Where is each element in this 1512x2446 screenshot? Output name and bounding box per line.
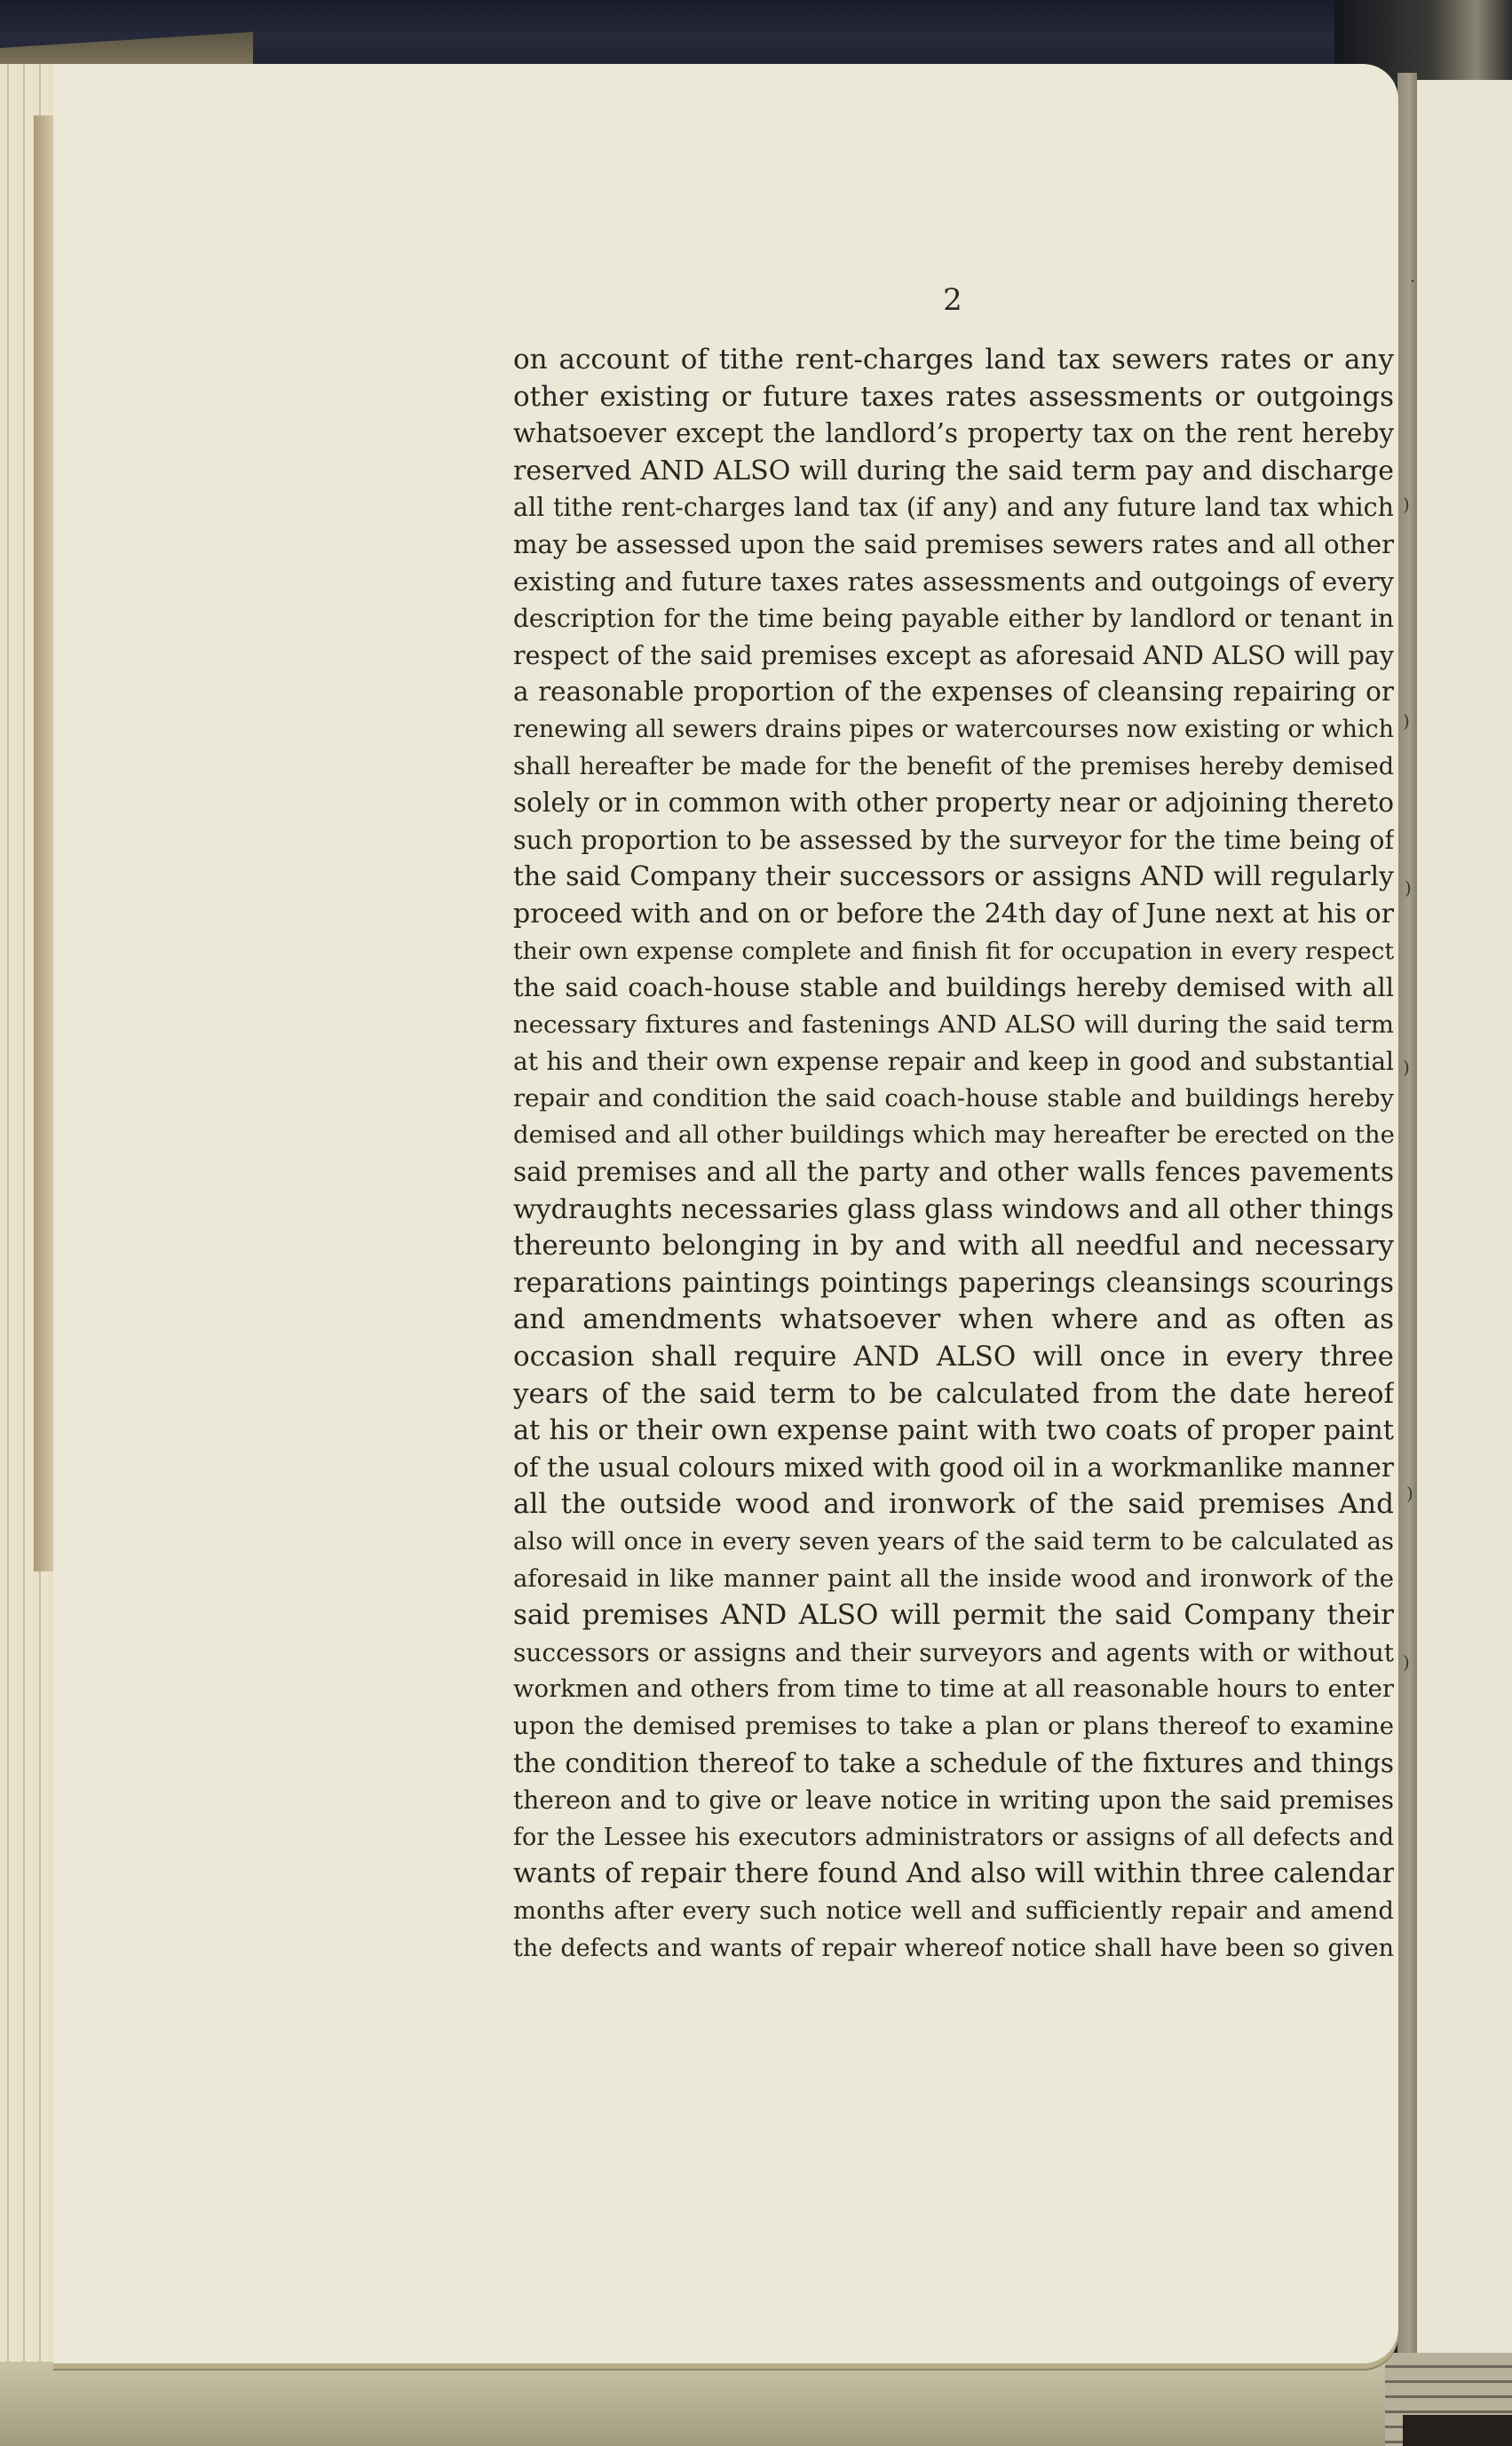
text-line: existing and future taxes rates assessme… <box>513 564 1394 601</box>
text-line: the defects and wants of repair whereof … <box>513 1930 1394 1967</box>
text-line: months after every such notice well and … <box>513 1893 1394 1930</box>
document-body: on account of tithe rent-charges land ta… <box>513 342 1394 1967</box>
text-line: repair and condition the said coach-hous… <box>513 1081 1394 1118</box>
text-line: successors or assigns and their surveyor… <box>513 1635 1394 1672</box>
text-line: wydraughts necessaries glass glass windo… <box>513 1191 1394 1229</box>
text-line: workmen and others from time to time at … <box>513 1671 1394 1708</box>
text-line: such proportion to be assessed by the su… <box>513 822 1394 859</box>
text-line: on account of tithe rent-charges land ta… <box>513 342 1394 379</box>
margin-mark: ) <box>1403 1057 1410 1078</box>
text-line: thereon and to give or leave notice in w… <box>513 1782 1394 1819</box>
text-line: of the usual colours mixed with good oil… <box>513 1450 1394 1487</box>
margin-mark: ) <box>1403 494 1410 515</box>
page-gutter <box>1397 73 1417 2355</box>
margin-mark: ) <box>1403 1651 1410 1673</box>
text-line: all the outside wood and ironwork of the… <box>513 1486 1394 1524</box>
text-line: whatsoever except the landlord’s propert… <box>513 416 1394 453</box>
margin-mark: ) <box>1405 877 1412 898</box>
bottom-page-block <box>0 2362 1385 2446</box>
margin-mark: ) <box>1406 1483 1413 1504</box>
text-line: wants of repair there found And also wil… <box>513 1856 1394 1893</box>
text-line: at his and their own expense repair and … <box>513 1043 1394 1081</box>
text-line: years of the said term to be calculated … <box>513 1376 1394 1413</box>
text-line: reparations paintings pointings papering… <box>513 1265 1394 1302</box>
text-line: demised and all other buildings which ma… <box>513 1117 1394 1154</box>
text-line: at his or their own expense paint with t… <box>513 1413 1394 1450</box>
page-number: 2 <box>939 282 966 318</box>
text-line: occasion shall require AND ALSO will onc… <box>513 1339 1394 1376</box>
text-line: said premises and all the party and othe… <box>513 1154 1394 1191</box>
text-line: description for the time being payable e… <box>513 600 1394 637</box>
margin-mark: · <box>1410 270 1415 291</box>
text-line: a reasonable proportion of the expenses … <box>513 674 1394 711</box>
text-line: the condition thereof to take a schedule… <box>513 1745 1394 1783</box>
text-line: necessary fixtures and fastenings AND AL… <box>513 1007 1394 1044</box>
text-line: solely or in common with other property … <box>513 785 1394 822</box>
text-line: respect of the said premises except as a… <box>513 637 1394 675</box>
text-line: for the Lessee his executors administrat… <box>513 1819 1394 1856</box>
text-line: all tithe rent-charges land tax (if any)… <box>513 489 1394 526</box>
text-line: may be assessed upon the said premises s… <box>513 526 1394 564</box>
text-line: aforesaid in like manner paint all the i… <box>513 1561 1394 1598</box>
text-line: the said Company their successors or ass… <box>513 859 1394 896</box>
text-line: proceed with and on or before the 24th d… <box>513 896 1394 933</box>
margin-mark: ) <box>1403 710 1410 732</box>
text-line: also will once in every seven years of t… <box>513 1524 1394 1561</box>
book-shadow <box>1403 2415 1512 2446</box>
text-line: other existing or future taxes rates ass… <box>513 379 1394 416</box>
text-line: and amendments whatsoever when where and… <box>513 1302 1394 1339</box>
facing-page <box>1417 80 1512 2353</box>
text-line: upon the demised premises to take a plan… <box>513 1708 1394 1745</box>
text-line: renewing all sewers drains pipes or wate… <box>513 711 1394 748</box>
text-line: their own expense complete and finish fi… <box>513 933 1394 970</box>
text-line: reserved AND ALSO will during the said t… <box>513 453 1394 490</box>
text-line: said premises AND ALSO will permit the s… <box>513 1597 1394 1635</box>
text-line: shall hereafter be made for the benefit … <box>513 748 1394 786</box>
text-line: the said coach-house stable and building… <box>513 970 1394 1007</box>
text-line: thereunto belonging in by and with all n… <box>513 1228 1394 1265</box>
